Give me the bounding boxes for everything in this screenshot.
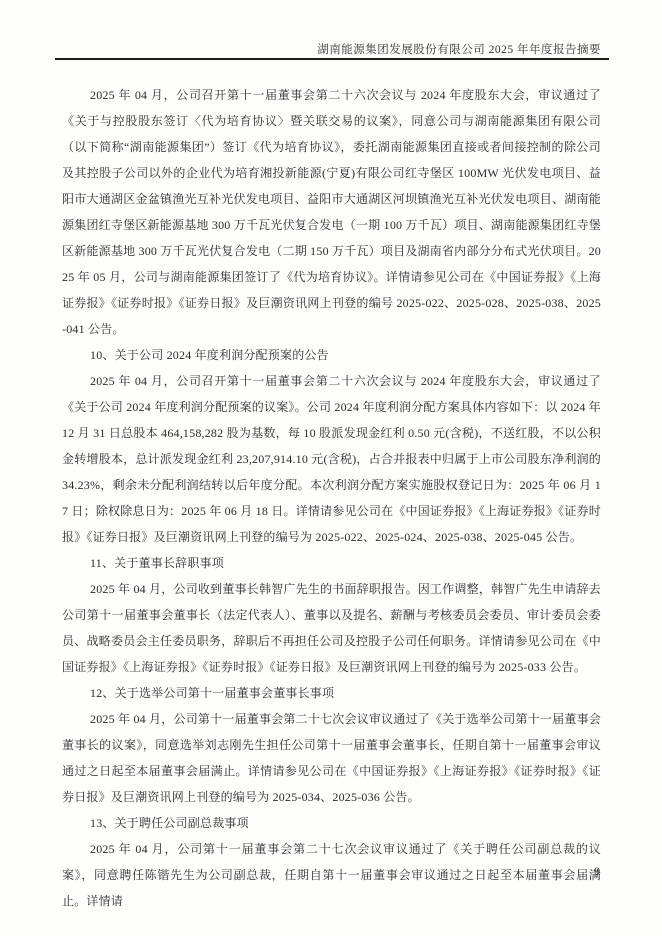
section-heading-13-vice-president-appointment: 13、关于聘任公司副总裁事项: [62, 810, 601, 836]
paragraph-profit-distribution-plan: 2025 年 04 月，公司召开第十一届董事会第二十六次会议与 2024 年度股…: [62, 368, 601, 550]
report-body: 2025 年 04 月，公司召开第十一届董事会第二十六次会议与 2024 年度股…: [62, 82, 601, 914]
paragraph-chairman-resignation: 2025 年 04 月，公司收到董事长韩智广先生的书面辞职报告。因工作调整，韩智…: [62, 576, 601, 680]
paragraph-vice-president-appointment: 2025 年 04 月，公司第十一届董事会第二十七次会议审议通过了《关于聘任公司…: [62, 836, 601, 914]
page-header-title: 湖南能源集团发展股份有限公司 2025 年年度报告摘要: [317, 41, 601, 57]
section-heading-10-profit-distribution: 10、关于公司 2024 年度利润分配预案的公告: [62, 342, 601, 368]
paragraph-agreement-related-transaction: 2025 年 04 月，公司召开第十一届董事会第二十六次会议与 2024 年度股…: [62, 82, 601, 342]
page-number: 9: [594, 866, 600, 878]
paragraph-chairman-election: 2025 年 04 月，公司第十一届董事会第二十七次会议审议通过了《关于选举公司…: [62, 706, 601, 810]
section-heading-11-chairman-resignation: 11、关于董事长辞职事项: [62, 550, 601, 576]
section-heading-12-chairman-election: 12、关于选举公司第十一届董事会董事长事项: [62, 680, 601, 706]
header-divider-rule: [55, 58, 609, 60]
report-page: 湖南能源集团发展股份有限公司 2025 年年度报告摘要 2025 年 04 月，…: [0, 0, 662, 936]
